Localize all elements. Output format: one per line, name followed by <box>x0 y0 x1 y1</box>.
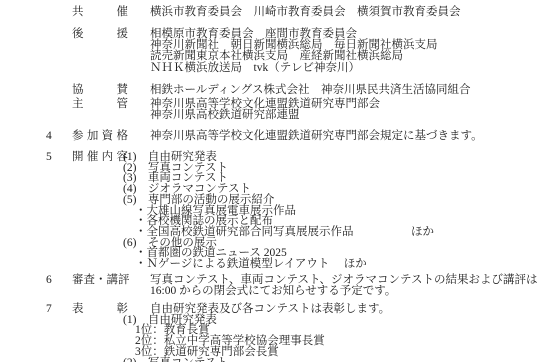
content-line: 読売新聞東京本社横浜支局 産経新聞社横浜総局 <box>123 51 544 62</box>
section-label: 協賛 <box>72 85 128 96</box>
list-item: (2) 写真コンテスト <box>123 358 544 362</box>
section-label: 主管 <box>72 99 128 110</box>
section-content: 相鉄ホールディングス株式会社 神奈川県民共済生活協同組合 <box>123 85 544 96</box>
section-content: 横浜市教育委員会 川崎市教育委員会 横須賀市教育委員会 <box>123 7 544 18</box>
section-label: 参加資格 <box>72 131 128 142</box>
section-label: 開催内容 <box>72 152 128 163</box>
section-content: 自由研究発表及び各コンテストは表彰します。 (1) 自由研究発表 1位：教育長賞… <box>123 304 544 362</box>
section-content: 相模原市教育委員会 座間市教育委員会 神奈川新聞社 朝日新聞横浜総局 毎日新聞社… <box>123 29 544 74</box>
document-page: 共催 横浜市教育委員会 川崎市教育委員会 横須賀市教育委員会 後援 相模原市教育… <box>0 0 544 362</box>
content-line: ＮＨＫ横浜放送局 tvk（テレビ神奈川） <box>123 63 544 74</box>
section-number: 4 <box>46 131 62 142</box>
content-line: 神奈川県高等学校文化連盟鉄道研究専門部会規定に基づきます。 <box>123 131 544 142</box>
content-line: 16:00 からの閉会式にてお知らせする予定です。 <box>123 286 544 297</box>
section-label: 審査・講評 <box>72 275 128 286</box>
section-content: 神奈川県高等学校文化連盟鉄道研究専門部会規定に基づきます。 <box>123 131 544 142</box>
content-line: 神奈川県高校鉄道研究部連盟 <box>123 110 544 121</box>
section-content: 神奈川県高等学校文化連盟鉄道研究専門部会 神奈川県高校鉄道研究部連盟 <box>123 99 544 120</box>
list-item: (5) 専門部の活動の展示紹介 <box>123 195 544 206</box>
section-label: 共催 <box>72 7 128 18</box>
section-number: 6 <box>46 275 62 286</box>
section-content: (1) 自由研究発表 (2) 写真コンテスト (3) 車両コンテスト (4) ジ… <box>123 152 544 270</box>
bullet-item: ・Ｎゲージによる鉄道模型レイアウト ほか <box>123 259 544 270</box>
section-number: 7 <box>46 304 62 315</box>
content-line: 相鉄ホールディングス株式会社 神奈川県民共済生活協同組合 <box>123 85 544 96</box>
rank-line: 3位：鉄道研究専門部会長賞 <box>123 347 544 358</box>
section-label: 表彰 <box>72 304 128 315</box>
section-label: 後援 <box>72 29 128 40</box>
content-line: 横浜市教育委員会 川崎市教育委員会 横須賀市教育委員会 <box>123 7 544 18</box>
section-number: 5 <box>46 152 62 163</box>
section-content: 写真コンテスト、車両コンテスト、ジオラマコンテストの結果および講評は 16:00… <box>123 275 544 296</box>
